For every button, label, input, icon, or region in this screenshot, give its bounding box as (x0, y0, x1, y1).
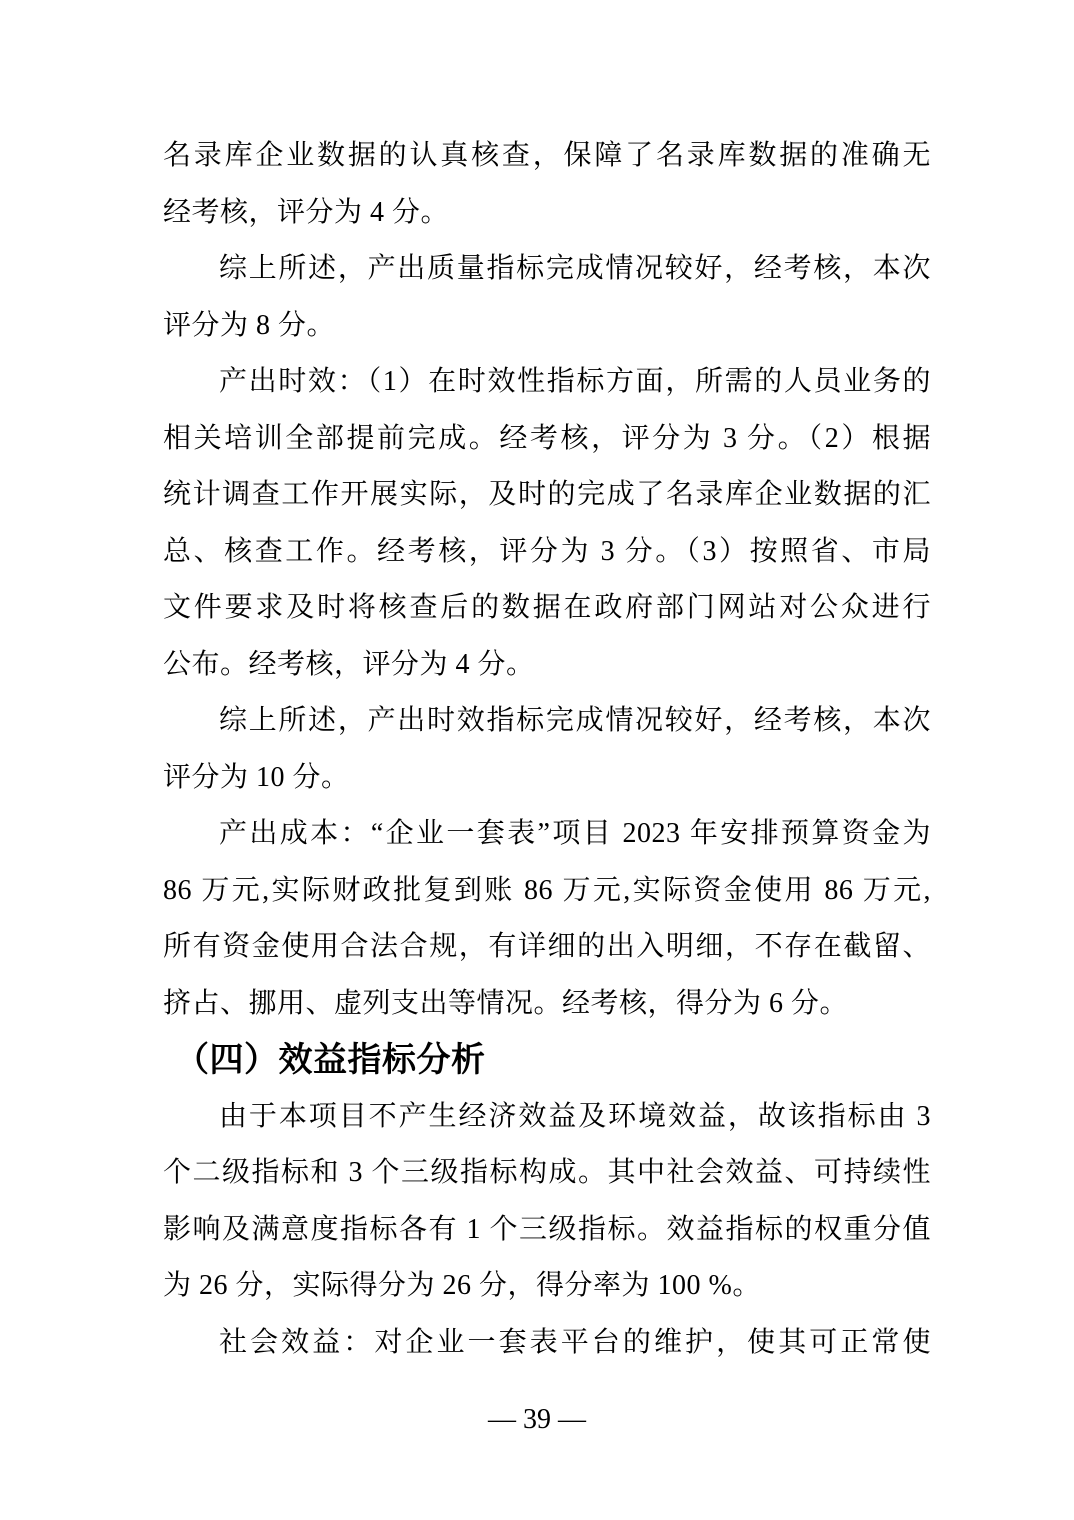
paragraph: （四）效益指标分析 (163, 1032, 931, 1089)
text-line: 所有资金使用合法合规，有详细的出入明细，不存在截留、 (163, 919, 931, 976)
page-number: — 39 — (0, 1402, 1074, 1438)
text-line: 评分为 8 分。 (163, 298, 931, 355)
text-line: 为 26 分，实际得分为 26 分，得分率为 100 %。 (163, 1258, 931, 1315)
paragraph: 社会效益：对企业一套表平台的维护，使其可正常使用， (163, 1315, 931, 1372)
text-line: 相关培训全部提前完成。经考核，评分为 3 分。（2）根据 (163, 411, 931, 468)
document-page: 名录库企业数据的认真核查，保障了名录库数据的准确无误。 经考核，评分为 4 分。… (0, 0, 1074, 1520)
text-line: 社会效益：对企业一套表平台的维护，使其可正常使用， (163, 1315, 931, 1372)
text-line: 个二级指标和 3 个三级指标构成。其中社会效益、可持续性 (163, 1145, 931, 1202)
text-line: 文件要求及时将核查后的数据在政府部门网站对公众进行 (163, 580, 931, 637)
paragraph: 产出时效：（1）在时效性指标方面，所需的人员业务的 相关培训全部提前完成。经考核… (163, 354, 931, 693)
paragraph: 由于本项目不产生经济效益及环境效益，故该指标由 3 个二级指标和 3 个三级指标… (163, 1089, 931, 1315)
text-line: 产出时效：（1）在时效性指标方面，所需的人员业务的 (163, 354, 931, 411)
text-line: 总、核查工作。经考核，评分为 3 分。（3）按照省、市局 (163, 524, 931, 581)
text-line: 86 万元,实际财政批复到账 86 万元,实际资金使用 86 万元, (163, 863, 931, 920)
text-line: 公布。经考核，评分为 4 分。 (163, 637, 931, 694)
text-line: 名录库企业数据的认真核查，保障了名录库数据的准确无误。 (163, 128, 931, 185)
text-line: 由于本项目不产生经济效益及环境效益，故该指标由 3 (163, 1089, 931, 1146)
paragraph: 名录库企业数据的认真核查，保障了名录库数据的准确无误。 经考核，评分为 4 分。 (163, 128, 931, 241)
paragraph: 产出成本：“企业一套表”项目 2023 年安排预算资金为 86 万元,实际财政批… (163, 806, 931, 1032)
text-line: 综上所述，产出时效指标完成情况较好，经考核，本次 (163, 693, 931, 750)
page-body: 名录库企业数据的认真核查，保障了名录库数据的准确无误。 经考核，评分为 4 分。… (163, 128, 931, 1371)
text-line: 经考核，评分为 4 分。 (163, 185, 931, 242)
text-line: 统计调查工作开展实际，及时的完成了名录库企业数据的汇 (163, 467, 931, 524)
paragraph: 综上所述，产出质量指标完成情况较好，经考核，本次 评分为 8 分。 (163, 241, 931, 354)
section-heading: （四）效益指标分析 (163, 1032, 931, 1089)
text-line: 影响及满意度指标各有 1 个三级指标。效益指标的权重分值 (163, 1202, 931, 1259)
text-line: 产出成本：“企业一套表”项目 2023 年安排预算资金为 (163, 806, 931, 863)
text-line: 综上所述，产出质量指标完成情况较好，经考核，本次 (163, 241, 931, 298)
paragraph: 综上所述，产出时效指标完成情况较好，经考核，本次 评分为 10 分。 (163, 693, 931, 806)
text-line: 挤占、挪用、虚列支出等情况。经考核，得分为 6 分。 (163, 976, 931, 1033)
text-line: 评分为 10 分。 (163, 750, 931, 807)
